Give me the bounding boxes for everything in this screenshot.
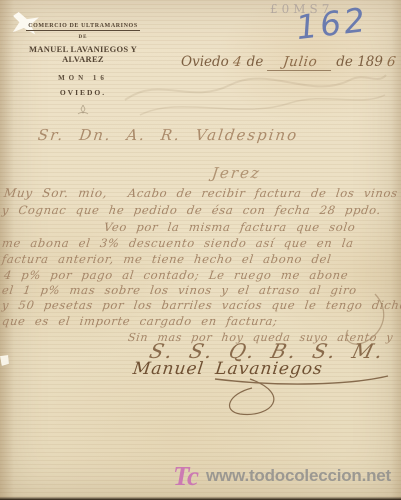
body-line: Veo por la misma factura que solo [103,220,356,234]
letterhead: COMERCIO DE ULTRAMARINOS DE MANUEL LAVAN… [8,14,158,121]
scanned-letter-page: COMERCIO DE ULTRAMARINOS DE MANUEL LAVAN… [0,0,401,500]
letterhead-city: OVIEDO. [8,88,158,97]
greeting: Muy Sor. mio, [3,186,108,200]
salutation-line: Sr. Dn. A. R. Valdespino [37,126,299,144]
body-line: y Cognac que he pedido de ésa con fecha … [1,203,382,217]
signature-flourish [120,352,395,422]
dateline-month: Julio [267,54,333,71]
watermark-url: www.todocoleccion.net [206,466,391,486]
letterhead-owner-name: MANUEL LAVANIEGOS Y ALVAREZ [8,44,158,64]
dateline-city: Oviedo [181,54,229,70]
date-line: Oviedo 4 de Julio de 189 6 [181,54,397,71]
dateline-de2: de 189 [336,54,383,70]
todocoleccion-logo: Tc [173,461,199,492]
dateline-de1: de [247,54,264,70]
dateline-year: 6 [386,54,397,70]
dateline-day: 4 [232,54,243,70]
body-line: 4 p% por pago al contado; Le ruego me ab… [3,268,349,282]
printer-ornament-icon [8,103,158,121]
body-line: Acabo de recibir factura de los vinos [127,186,399,200]
body-line: el 1 p% mas sobre los vinos y el atraso … [1,283,358,297]
bleedthrough-mark: £0MS7 [269,2,335,16]
destination-city: Jerez [211,164,262,182]
letterhead-de: DE [8,35,158,40]
letterhead-business-type: COMERCIO DE ULTRAMARINOS [26,23,140,31]
body-line: me abona el 3% descuento siendo así que … [1,236,354,250]
paper-speck [0,355,9,366]
body-line: que es el importe cargado en factura; [1,314,278,328]
letterhead-address: MON 16 [8,74,158,82]
body-line: factura anterior, me tiene hecho el abon… [1,252,332,266]
